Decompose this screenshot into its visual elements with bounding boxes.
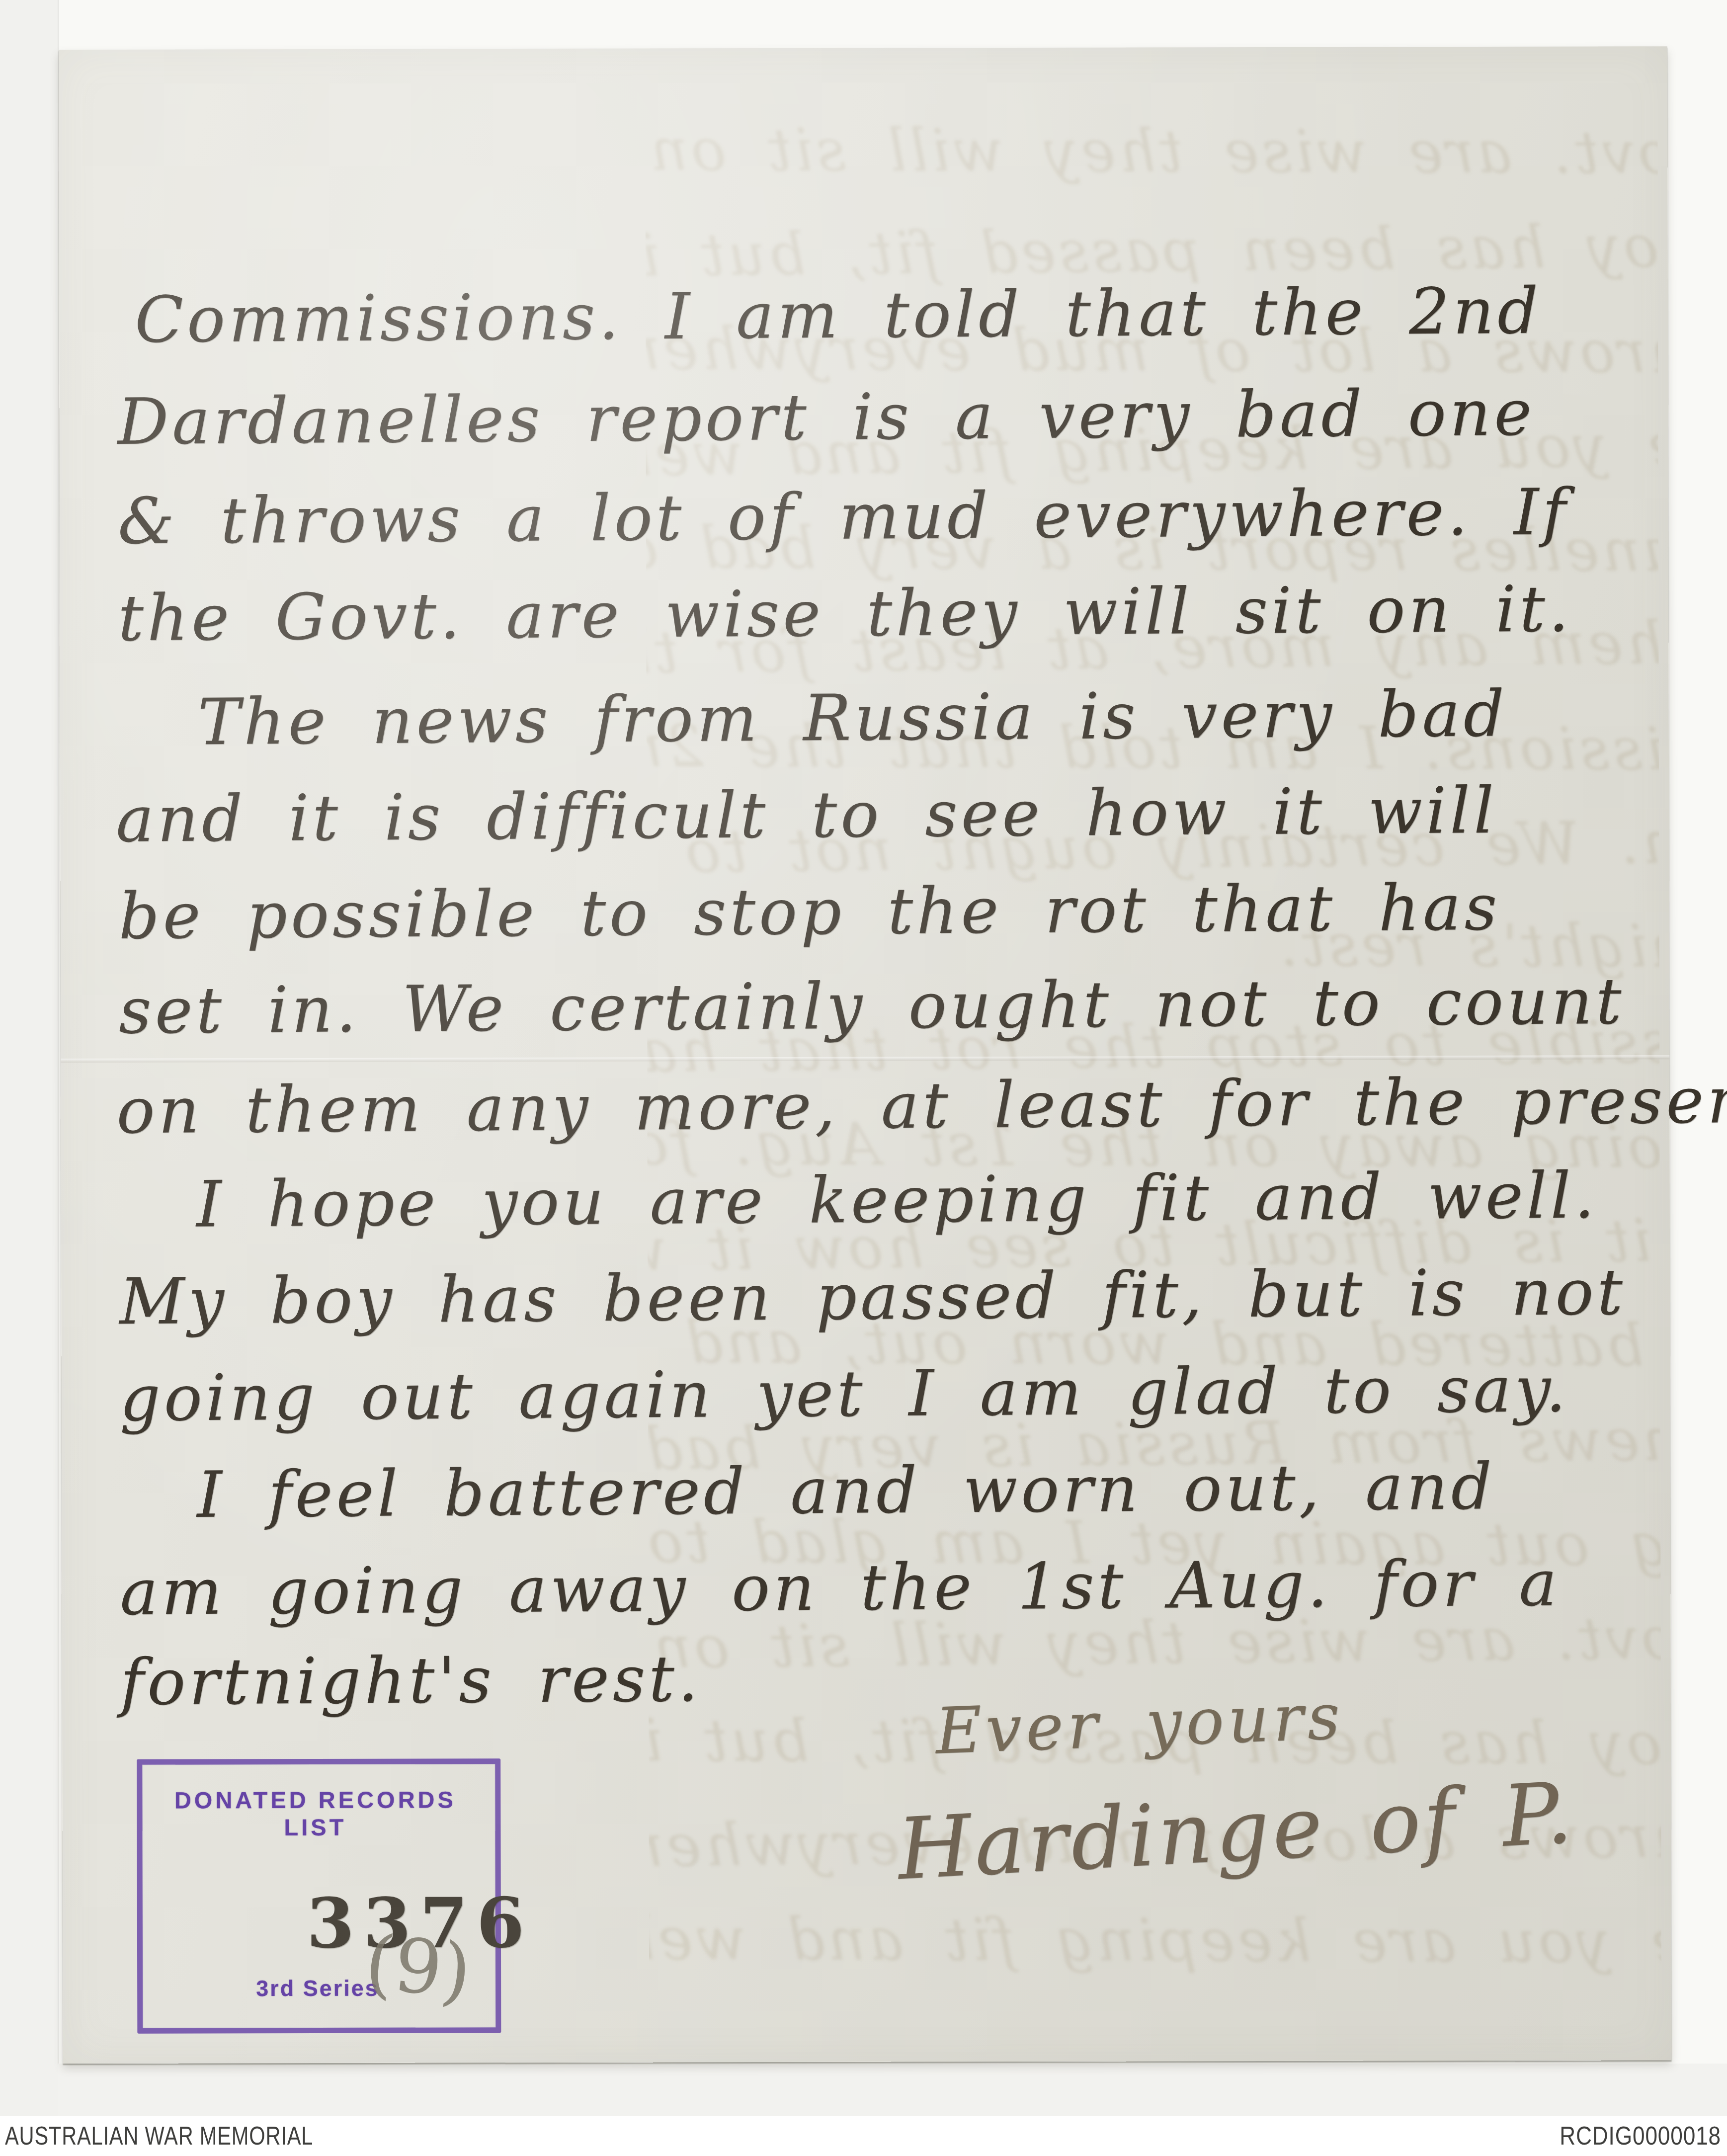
letter-line: the Govt. are wise they will sit on it.	[118, 578, 1572, 651]
letter-line: and it is difficult to see how it will	[116, 779, 1498, 852]
scanned-letter-page: the Govt. are wise they will sit on it.M…	[0, 0, 1727, 2156]
footer-institution-label: AUSTRALIAN WAR MEMORIAL	[5, 2121, 313, 2151]
letter-line: My boy has been passed fit, but is not	[119, 1261, 1626, 1334]
letter-line: The news from Russia is very bad	[197, 682, 1508, 754]
letter-line: I hope you are keeping fit and well.	[196, 1164, 1598, 1237]
handwritten-letter-body: Commissions. I am told that the 2nd Dard…	[59, 46, 1667, 50]
fold-crease	[61, 1055, 1669, 1063]
donated-records-stamp: DONATED RECORDS LIST 3376 3rd Series (9)	[137, 1758, 501, 2034]
letter-line: going out again yet I am glad to say.	[119, 1358, 1569, 1431]
letter-line: & throws a lot of mud everywhere. If	[118, 481, 1569, 554]
footer-band: AUSTRALIAN WAR MEMORIAL RCDIG0000018	[0, 2116, 1727, 2156]
ghost-line: the Govt. are wise they will sit on it.	[645, 115, 1661, 187]
letter-line: am going away on the 1st Aug. for a	[120, 1552, 1561, 1625]
footer-record-id: RCDIG0000018	[1560, 2121, 1721, 2151]
signature: Hardinge of P.	[896, 1771, 1577, 1892]
letter-line: Dardanelles report is a very bad one	[117, 382, 1535, 454]
letter-sheet: the Govt. are wise they will sit on it.M…	[59, 46, 1671, 2064]
letter-line: fortnight's rest.	[120, 1648, 701, 1715]
stamp-title: DONATED RECORDS LIST	[142, 1786, 488, 1841]
letter-line: be possible to stop the rot that has	[118, 876, 1500, 949]
letter-line: I feel battered and worn out, and	[197, 1455, 1495, 1527]
scanner-background	[58, 2064, 1727, 2116]
letter-line: set in. We certainly ought not to count	[119, 970, 1625, 1044]
stamp-series-label: 3rd Series	[256, 1976, 379, 2002]
letter-line: on them any more, at least for the prese…	[116, 1069, 1727, 1143]
pencil-annotation: (9)	[361, 1919, 475, 2016]
ghost-line: I hope you are keeping fit and well.	[645, 1904, 1661, 1977]
letter-closing: Ever yours	[934, 1685, 1345, 1763]
scanner-backing-strip	[0, 0, 59, 2156]
letter-line: Commissions. I am told that the 2nd	[135, 280, 1542, 352]
